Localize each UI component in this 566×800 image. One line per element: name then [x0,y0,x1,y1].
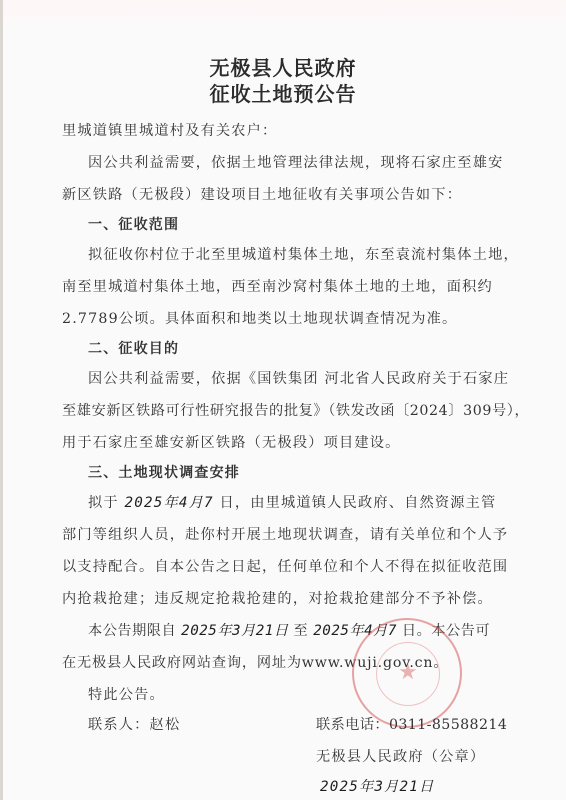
closing: 特此公告。 [88,684,165,704]
document-subtitle: 征收土地预公告 [0,78,566,107]
official-seal: ★ [352,618,462,728]
salutation: 里城道镇里城道村及有关农户： [62,120,277,140]
section-line: 以支持配合。自本公告之日起，任何单位和个人不得在拟征收范围 [62,556,508,576]
intro-line: 新区铁路（无极段）建设项目土地征收有关事项公告如下： [62,184,462,204]
section-line: 2.7789公顷。具体面积和地类以土地现状调查情况为准。 [62,308,457,328]
issuer: 无极县人民政府（公章） [316,746,485,766]
document-title: 无极县人民政府 [0,52,566,81]
section-line: 因公共利益需要，依据《国铁集团 河北省人民政府关于石家庄 [88,368,509,388]
contact-person: 联系人：赵松 [88,714,180,734]
section-line: 南至里城道村集体土地，西至南沙窝村集体土地的土地，面积约 [62,276,493,296]
section-heading: 三、土地现状调查安排 [88,462,240,482]
text: 日，由里城道镇人民政府、自然资源主管 [219,495,496,511]
handwritten-start-date: 2025年3月21日 [181,623,288,639]
intro-line: 因公共利益需要，依据土地管理法律法规，现将石家庄至雄安 [88,152,503,172]
signed-date: 2025年3月21日 [320,776,434,796]
page-edge [0,0,3,800]
section-heading: 一、征收范围 [88,214,179,234]
section-line: 拟于 2025年4月7 日，由里城道镇人民政府、自然资源主管 [88,492,496,512]
text: 至 [294,623,309,639]
handwritten-date: 2025年4月7 [125,495,214,511]
section-line: 用于石家庄至雄安新区铁路（无极段）项目建设。 [62,432,401,452]
section-line: 内抢栽抢建；违反规定抢栽抢建的，对抢栽抢建部分不予补偿。 [62,588,493,608]
text: 本公告期限自 [88,623,176,639]
section-line: 拟征收你村位于北至里城道村集体土地，东至袁流村集体土地， [88,244,519,264]
contact-phone: 联系电话：0311-85588214 [316,714,507,734]
star-icon: ★ [398,660,418,685]
section-line: 至雄安新区铁路可行性研究报告的批复》（铁发改函〔2024〕309号）， [62,400,529,420]
section-heading: 二、征收目的 [88,338,179,358]
section-line: 部门等组织人员，赴你村开展土地现状调查，请有关单位和个人予 [62,524,508,544]
text: 拟于 [88,495,119,511]
